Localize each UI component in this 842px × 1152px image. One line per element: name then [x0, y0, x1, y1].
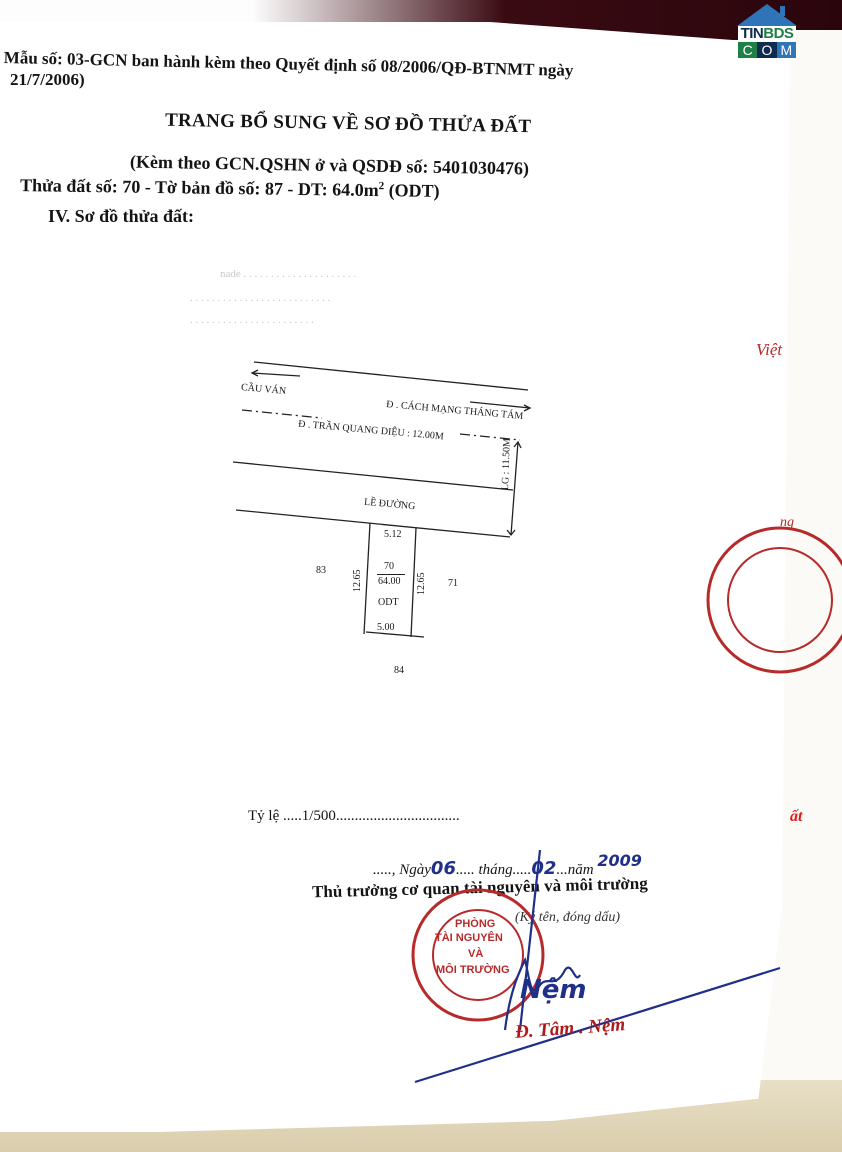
- stamp-text-4: MÔI TRƯỜNG: [436, 964, 510, 976]
- stamp-text-2: TÀI NGUYÊN: [435, 932, 503, 944]
- handwritten-signature: Nệm: [520, 975, 587, 1005]
- underlying-page-text: ng: [780, 515, 794, 531]
- official-stamp: [0, 0, 842, 1152]
- underlying-page-text: Việt: [756, 340, 782, 360]
- stamp-text-1: PHÒNG: [455, 918, 495, 930]
- stamp-text-3: VÀ: [468, 948, 483, 960]
- underlying-page-text: ất: [790, 808, 802, 826]
